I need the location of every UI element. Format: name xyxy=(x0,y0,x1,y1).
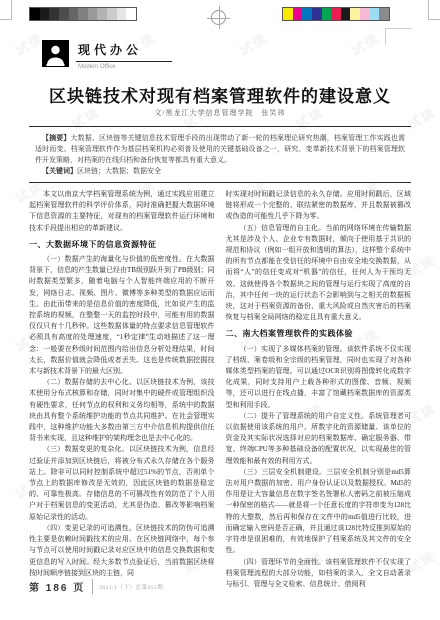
abstract-text: 大数据、区块链等关键信息技术管理手段的出现带动了新一轮的档案理论研究热潮，档案管… xyxy=(35,134,405,164)
paragraph: （四）管理环节的全面性。该档案管理软件不仅实现了档案管理流程的大部分功能，如档案… xyxy=(226,557,412,591)
paragraph: （四）变更记录的可追溯性。区块链技术的防伪可追溯性主要是依赖时间戳技术的应用。在… xyxy=(29,523,215,579)
crop-mark-top-left xyxy=(0,0,12,20)
crop-mark-inner-right xyxy=(385,28,412,45)
keywords-label: 【关键词】 xyxy=(42,168,77,175)
issue-info: 2021/1（下）总第355期 xyxy=(99,583,163,591)
paragraph: （三）三层安全机制建设。三层安全机制分别是md5算法对用户数据的加密、用户身份认… xyxy=(226,467,412,557)
masthead: 现代办公 Modern Office xyxy=(42,40,172,70)
paragraph: （二）数据存储的去中心化。以区块链技术为例，该技术使用分布式核算和存储，同时对集… xyxy=(29,377,215,444)
section-heading-1: 一、大数据环境下的信息资源特征 xyxy=(29,239,215,250)
magazine-page: { "watermark": { "text": "试读" }, "print_… xyxy=(0,0,440,620)
footer-divider xyxy=(92,579,93,594)
left-column: 本文以南京大学档案管理系统为例，通过实践应用建立起档案管理软件的科学评价体系，同… xyxy=(29,189,215,590)
section-logo xyxy=(42,40,69,67)
right-column: 时实现对时间戳记录信息的永久存储。应用时间戳后，区域链将形成一个完整的、联结紧密… xyxy=(226,189,412,590)
page-footer: 第 186 页 2021/1（下）总第355期 xyxy=(29,579,163,594)
abstract-label: 【摘要】 xyxy=(42,135,70,142)
paragraph: 本文以南京大学档案管理系统为例，通过实践应用建立起档案管理软件的科学评价体系，同… xyxy=(29,189,215,234)
paragraph: 时实现对时间戳记录信息的永久存储。应用时间戳后，区域链将形成一个完整的、联结紧密… xyxy=(226,189,412,223)
paragraph: （三）数据变更的复杂化。以区块链技术为例，信息经过验证并添加到区块链后，将被分布… xyxy=(29,444,215,522)
paragraph: （一）实现了多媒体档案的管理。该软件系统不仅实现了档级、案卷级和全宗级的档案管理… xyxy=(226,344,412,411)
cmyk-calibration-bar xyxy=(282,7,390,21)
article-title: 区块链技术对现有档案管理软件的建设意义 xyxy=(0,82,440,107)
person-at-desk-icon xyxy=(45,43,66,67)
page-number: 第 186 页 xyxy=(29,579,85,594)
registration-crosshair-icon xyxy=(211,10,226,25)
section-name: 现代办公 Modern Office xyxy=(76,40,172,70)
section-name-cn: 现代办公 xyxy=(76,40,172,62)
crop-mark-top-right xyxy=(428,0,440,20)
keywords-text: 区块链；大数据；数据安全 xyxy=(77,167,161,175)
abstract-paragraph: 【摘要】大数据、区块链等关键信息技术管理手段的出现带动了新一轮的档案理论研究热潮… xyxy=(35,133,405,166)
paragraph: （一）数据产生的海量化与价值的低密度性。在大数据背景下，信息的产生数量已经由TB… xyxy=(29,254,215,377)
article-byline: 文/黑龙江大学信息管理学院 张笑玮 xyxy=(0,108,440,118)
keywords-paragraph: 【关键词】区块链；大数据；数据安全 xyxy=(35,166,405,177)
section-name-en: Modern Office xyxy=(76,64,172,70)
paragraph: （五）信息管理的自主化。当前的网络环境在传输数据尤其是涉及个人、企业专有数据时，… xyxy=(226,223,412,324)
section-heading-2: 二、南大档案管理软件的实践体验 xyxy=(226,328,412,339)
article-body: 本文以南京大学档案管理系统为例，通过实践应用建立起档案管理软件的科学评价体系，同… xyxy=(29,189,411,590)
paragraph: （二）提升了管理系统的用户自定义性。系统管理者可以依据使用该系统的用户、所数字化… xyxy=(226,411,412,467)
grayscale-calibration-bar xyxy=(29,7,137,21)
abstract-box: 【摘要】大数据、区块链等关键信息技术管理手段的出现带动了新一轮的档案理论研究热潮… xyxy=(29,126,411,183)
